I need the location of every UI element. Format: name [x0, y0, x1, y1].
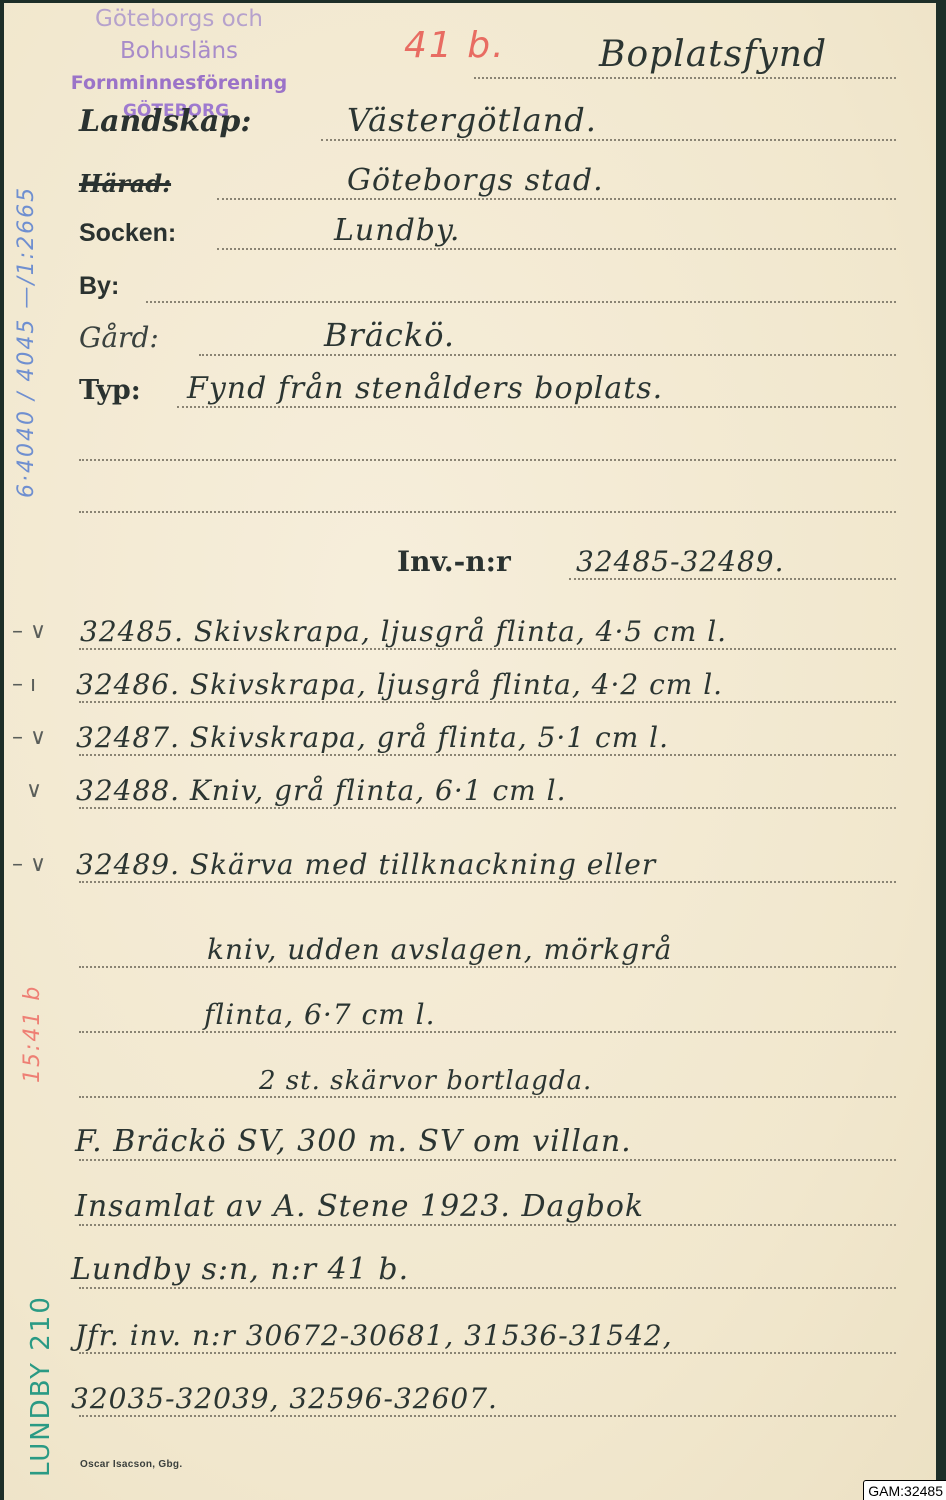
value-socken: Lundby.: [334, 213, 460, 248]
item-number: 32488.: [76, 774, 180, 807]
empty-line: [79, 473, 896, 513]
dotted-line: [79, 511, 896, 513]
note-line: Jfr. inv. n:r 30672-30681, 31536-31542,: [79, 1314, 896, 1354]
field-by: By:: [79, 263, 896, 303]
dotted-line: [79, 701, 896, 703]
margin-annotation-red: 15:41 b: [20, 985, 45, 1083]
field-gard: Gård: Bräckö.: [79, 316, 896, 356]
dotted-line: [79, 1159, 896, 1161]
stamp-line-1: Göteborgs och: [54, 3, 304, 35]
value-landskap: Västergötland.: [347, 101, 597, 139]
check-mark: – ∨: [12, 852, 46, 877]
field-landskap: Landskap: Västergötland.: [79, 101, 896, 141]
inventory-value: 32485-32489.: [576, 545, 785, 578]
dotted-line: [177, 406, 896, 408]
dotted-line: [217, 248, 896, 250]
note-line: F. Bräckö SV, 300 m. SV om villan.: [79, 1121, 896, 1161]
dotted-line: [321, 139, 896, 141]
value-typ: Fynd från stenålders boplats.: [187, 371, 663, 406]
check-mark: – ı: [12, 672, 36, 697]
check-mark: – ∨: [12, 619, 46, 644]
field-typ: Typ: Fynd från stenålders boplats.: [79, 368, 896, 408]
item-number: 32489.: [76, 848, 180, 881]
dotted-line: [199, 354, 896, 356]
note-line: Lundby s:n, n:r 41 b.: [79, 1249, 896, 1289]
item-number: 32487.: [76, 721, 180, 754]
dotted-line: [569, 578, 896, 580]
value-gard: Bräckö.: [324, 316, 455, 354]
item-description: Skivskrapa, grå flinta, 5·1 cm l.: [190, 721, 669, 754]
note-text: Lundby s:n, n:r 41 b.: [71, 1252, 409, 1287]
item-number: 32486.: [76, 668, 180, 701]
item-row: – ∨ 32485. Skivskrapa, ljusgrå flinta, 4…: [4, 610, 896, 650]
note-text: 32035-32039, 32596-32607.: [71, 1382, 498, 1415]
label-landskap: Landskap:: [79, 104, 252, 139]
inventory-label: Inv.-n:r: [397, 545, 511, 578]
check-mark: – ∨: [12, 725, 46, 750]
field-socken: Socken: Lundby.: [79, 210, 896, 250]
dotted-line: [79, 1031, 896, 1033]
note-text: Jfr. inv. n:r 30672-30681, 31536-31542,: [75, 1319, 673, 1352]
label-typ: Typ:: [79, 375, 141, 406]
continuation-text: kniv, udden avslagen, mörkgrå: [207, 933, 672, 966]
dotted-line: [79, 1224, 896, 1226]
dotted-line: [146, 301, 896, 303]
continuation-line: flinta, 6·7 cm l.: [79, 993, 896, 1033]
category-row: Boplatsfynd: [79, 39, 896, 79]
catalog-id-badge: GAM:32485: [863, 1480, 946, 1500]
item-number: 32485.: [80, 615, 184, 648]
category-value: Boplatsfynd: [599, 34, 827, 75]
dotted-line: [79, 754, 896, 756]
margin-annotation-green: LUNDBY 210: [26, 1295, 56, 1477]
dotted-line: [79, 1096, 896, 1098]
continuation-line: 2 st. skärvor bortlagda.: [79, 1058, 896, 1098]
note-line: Insamlat av A. Stene 1923. Dagbok: [79, 1186, 896, 1226]
value-harad: Göteborgs stad.: [347, 163, 604, 198]
dotted-line: [79, 881, 896, 883]
catalog-card: Göteborgs och Bohusläns Fornminnesföreni…: [4, 3, 936, 1500]
empty-line: [79, 421, 896, 461]
dotted-line: [79, 648, 896, 650]
item-description: Kniv, grå flinta, 6·1 cm l.: [190, 774, 567, 807]
printer-imprint: Oscar Isacson, Gbg.: [80, 1459, 182, 1470]
margin-annotation-blue: 6·4040 / 4045 —/1:2665: [14, 186, 39, 498]
label-socken: Socken:: [79, 219, 176, 248]
label-harad: Härad:: [79, 169, 171, 198]
label-gard: Gård:: [79, 321, 159, 354]
dotted-line: [79, 966, 896, 968]
item-row: – ı 32486. Skivskrapa, ljusgrå flinta, 4…: [4, 663, 896, 703]
note-line: 32035-32039, 32596-32607.: [79, 1377, 896, 1417]
continuation-line: kniv, udden avslagen, mörkgrå: [79, 928, 896, 968]
note-text: F. Bräckö SV, 300 m. SV om villan.: [75, 1124, 632, 1159]
item-row: ∨ 32488. Kniv, grå flinta, 6·1 cm l.: [4, 769, 896, 809]
item-description: Skärva med tillknackning eller: [190, 848, 656, 881]
dotted-line: [79, 1287, 896, 1289]
check-mark: ∨: [26, 778, 42, 803]
dotted-line: [474, 77, 896, 79]
dotted-line: [79, 807, 896, 809]
continuation-text: flinta, 6·7 cm l.: [204, 998, 435, 1031]
dotted-line: [217, 198, 896, 200]
dotted-line: [79, 459, 896, 461]
label-by: By:: [79, 272, 119, 301]
dotted-line: [79, 1352, 896, 1354]
item-description: Skivskrapa, ljusgrå flinta, 4·2 cm l.: [190, 668, 723, 701]
continuation-text: 2 st. skärvor bortlagda.: [259, 1066, 592, 1096]
note-text: Insamlat av A. Stene 1923. Dagbok: [75, 1189, 644, 1224]
dotted-line: [79, 1415, 896, 1417]
item-row: – ∨ 32489. Skärva med tillknackning elle…: [4, 843, 896, 883]
inventory-row: Inv.-n:r 32485-32489.: [79, 540, 896, 580]
item-description: Skivskrapa, ljusgrå flinta, 4·5 cm l.: [194, 615, 727, 648]
item-row: – ∨ 32487. Skivskrapa, grå flinta, 5·1 c…: [4, 716, 896, 756]
field-harad: Härad: Göteborgs stad.: [79, 160, 896, 200]
